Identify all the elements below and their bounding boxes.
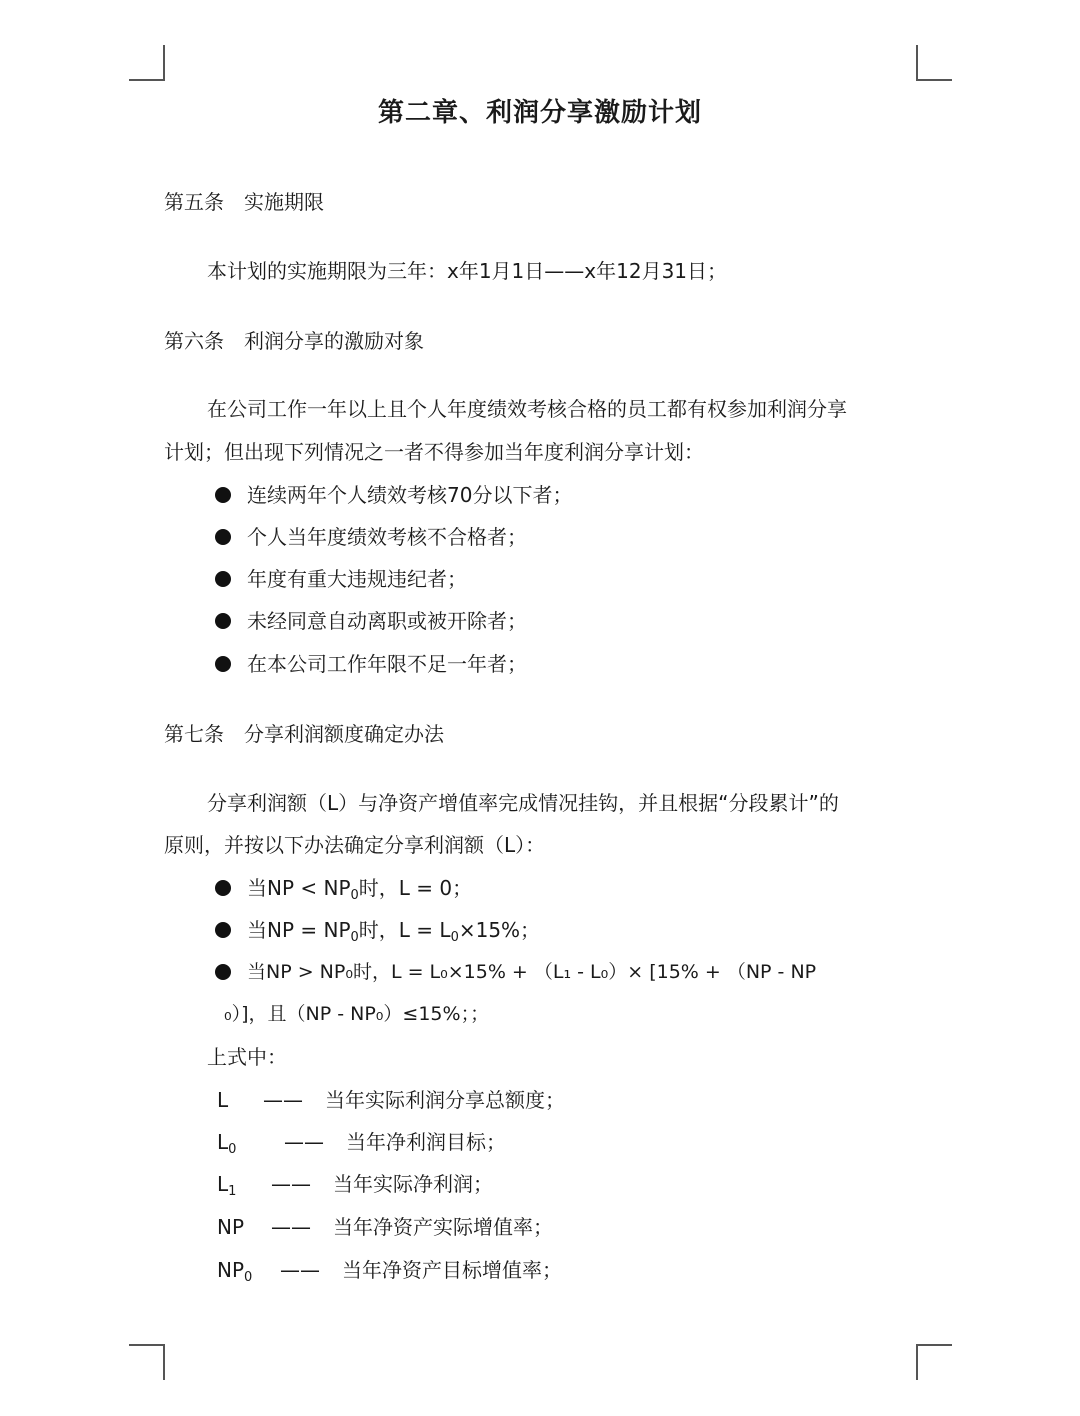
- bullet-icon: [215, 613, 231, 629]
- page-corner-mark-top-right: [916, 45, 952, 81]
- definition-row: L1——当年实际净利润；: [217, 1170, 493, 1198]
- formula-rule-3-line1: 当NP > NP₀时，L = L₀×15% + （L₁ - L₀）× [15% …: [247, 958, 816, 986]
- article6-body-line1: 在公司工作一年以上且个人年度绩效考核合格的员工都有权参加利润分享: [207, 395, 847, 423]
- definition-row: L0——当年净利润目标；: [217, 1128, 506, 1156]
- exclusion-item: 在本公司工作年限不足一年者；: [247, 650, 527, 678]
- where-label: 上式中：: [207, 1043, 287, 1071]
- exclusion-item: 未经同意自动离职或被开除者；: [247, 607, 527, 635]
- article6-body-line2: 计划；但出现下列情况之一者不得参加当年度利润分享计划：: [164, 438, 704, 466]
- definition-row: NP0——当年净资产目标增值率；: [217, 1256, 562, 1284]
- formula-rule-1: 当NP < NP0时，L = 0；: [247, 874, 472, 902]
- definition-row: L——当年实际利润分享总额度；: [217, 1086, 565, 1114]
- bullet-icon: [215, 964, 231, 980]
- page-corner-mark-bottom-left: [129, 1344, 165, 1380]
- definition-row: NP——当年净资产实际增值率；: [217, 1213, 553, 1241]
- bullet-icon: [215, 529, 231, 545]
- article6-heading: 第六条 利润分享的激励对象: [164, 327, 424, 355]
- bullet-icon: [215, 656, 231, 672]
- bullet-icon: [215, 922, 231, 938]
- chapter-title: 第二章、利润分享激励计划: [0, 92, 1080, 129]
- bullet-icon: [215, 571, 231, 587]
- page-corner-mark-bottom-right: [916, 1344, 952, 1380]
- article7-heading: 第七条 分享利润额度确定办法: [164, 720, 444, 748]
- formula-rule-2: 当NP = NP0时，L = L0×15%；: [247, 916, 540, 944]
- article5-body: 本计划的实施期限为三年：x年1月1日——x年12月31日；: [207, 257, 727, 285]
- article5-heading: 第五条 实施期限: [164, 188, 324, 216]
- bullet-icon: [215, 487, 231, 503]
- article7-body-line2: 原则，并按以下办法确定分享利润额（L）：: [164, 831, 545, 859]
- exclusion-item: 年度有重大违规违纪者；: [247, 565, 467, 593]
- page-corner-mark-top-left: [129, 45, 165, 81]
- article7-body-line1: 分享利润额（L）与净资产增值率完成情况挂钩，并且根据“分段累计”的: [207, 789, 839, 817]
- exclusion-item: 连续两年个人绩效考核70分以下者；: [247, 481, 572, 509]
- bullet-icon: [215, 880, 231, 896]
- formula-rule-3-line2: ₀）]，且（NP - NP₀）≤15%；；: [224, 1000, 489, 1028]
- exclusion-item: 个人当年度绩效考核不合格者；: [247, 523, 527, 551]
